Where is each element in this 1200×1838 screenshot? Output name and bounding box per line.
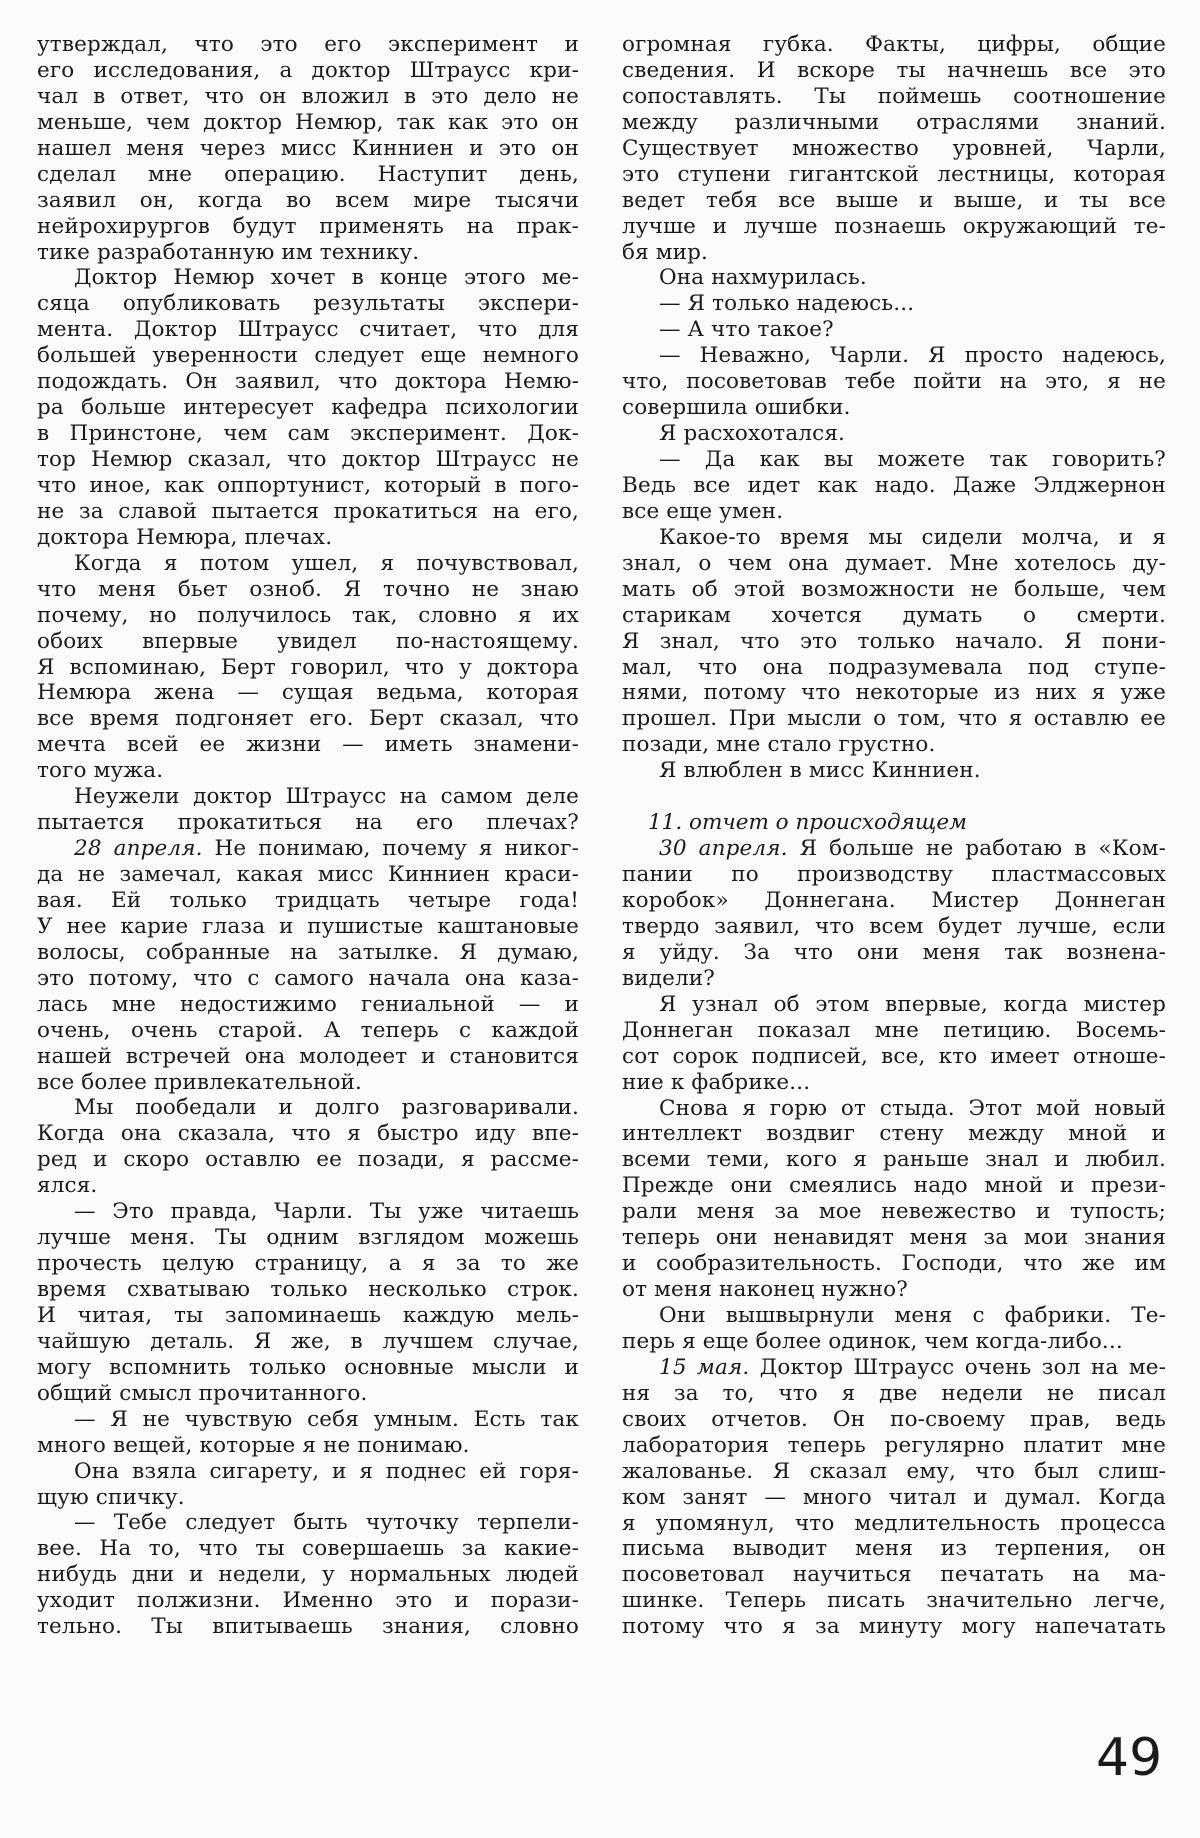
text-line: теперь они ненавидят меня за мои знания — [622, 1225, 1166, 1251]
text-line: ком занят — много читал и думал. Когда — [622, 1485, 1166, 1511]
right-text-column: огромная губка. Факты, цифры, общиесведе… — [622, 32, 1166, 1640]
text-line: вая. Ей только тридцать четыре года! — [37, 888, 579, 914]
text-line: Доктор Немюр хочет в конце этого ме- — [37, 265, 579, 291]
text-line: Доннеган показал мне петицию. Восемь- — [622, 1018, 1166, 1044]
diary-date: 28 апреля. — [74, 836, 203, 861]
text-line: пытается прокатиться на его плечах? — [37, 810, 579, 836]
text-line: от меня наконец нужно? — [622, 1277, 1166, 1303]
text-line: сведения. И вскоре ты начнешь все это — [622, 58, 1166, 84]
text-line: сделал мне операцию. Наступит день, — [37, 162, 579, 188]
text-line: щую спичку. — [37, 1485, 579, 1511]
text-line: Она нахмурилась. — [622, 265, 1166, 291]
text-line: ра больше интересует кафедра психологии — [37, 395, 579, 421]
text-line: все еще умен. — [622, 499, 1166, 525]
text-line: что, посоветовав тебе пойти на это, я не — [622, 369, 1166, 395]
text-line: время схватываю только несколько строк. — [37, 1277, 579, 1303]
text-line: перь я еще более одинок, чем когда-либо.… — [622, 1329, 1166, 1355]
text-line: рали меня за мое невежество и тупость; — [622, 1199, 1166, 1225]
text-line: Они вышвырнули меня с фабрики. Те- — [622, 1303, 1166, 1329]
line-text: Я больше не работаю в «Ком- — [788, 836, 1166, 861]
text-line: старикам хочется думать о смерти. — [622, 603, 1166, 629]
text-line: большей уверенности следует еще немного — [37, 343, 579, 369]
text-line: нейрохирургов будут применять на прак- — [37, 214, 579, 240]
text-line: Когда я потом ушел, я почувствовал, — [37, 551, 579, 577]
text-line: Неужели доктор Штраусс на самом деле — [37, 784, 579, 810]
text-line: Существует множество уровней, Чарли, — [622, 136, 1166, 162]
text-line: — А что такое? — [622, 317, 1166, 343]
text-line: того мужа. — [37, 758, 579, 784]
text-line: доктора Немюра, плечах. — [37, 525, 579, 551]
text-line: все более привлекательной. — [37, 1070, 579, 1096]
diary-entry-line: 15 мая. Доктор Штраусс очень зол на ме- — [622, 1355, 1166, 1381]
text-line: утверждал, что это его эксперимент и — [37, 32, 579, 58]
text-line: интеллект воздвиг стену между мной и — [622, 1121, 1166, 1147]
section-spacer — [622, 784, 1166, 810]
text-line: совершила ошибки. — [622, 395, 1166, 421]
text-line: Немюра жена — сущая ведьма, которая — [37, 680, 579, 706]
text-line: прошел. При мысли о том, что я оставлю е… — [622, 706, 1166, 732]
text-line: Ведь все идет как надо. Даже Элджернон — [622, 473, 1166, 499]
text-line: Она взяла сигарету, и я поднес ей горя- — [37, 1459, 579, 1485]
text-line: обоих впервые увидел по-настоящему. — [37, 629, 579, 655]
text-line: нашел меня через мисс Кинниен и это он — [37, 136, 579, 162]
text-line: лучше меня. Ты одним взглядом можешь — [37, 1225, 579, 1251]
text-line: лась мне недостижимо гениальной — и — [37, 992, 579, 1018]
text-line: — Я не чувствую себя умным. Есть так — [37, 1407, 579, 1433]
text-line: ред и скоро оставлю ее позади, я рассме- — [37, 1147, 579, 1173]
text-line: И читая, ты запоминаешь каждую мель- — [37, 1303, 579, 1329]
text-line: много вещей, которые я не понимаю. — [37, 1433, 579, 1459]
diary-entry-line: 28 апреля. Не понимаю, почему я никог- — [37, 836, 579, 862]
text-line: мента. Доктор Штраусс считает, что для — [37, 317, 579, 343]
text-line: — Тебе следует быть чуточку терпели- — [37, 1510, 579, 1536]
text-line: это ступени гигантской лестницы, которая — [622, 162, 1166, 188]
text-line: сопоставлять. Ты поймешь соотношение — [622, 84, 1166, 110]
text-line: нашей встречей она молодеет и становится — [37, 1044, 579, 1070]
text-line: вее. На то, что ты совершаешь за какие- — [37, 1536, 579, 1562]
text-line: потому что я за минуту могу напечатать — [622, 1614, 1166, 1640]
text-line: очень, очень старой. А теперь с каждой — [37, 1018, 579, 1044]
section-heading: 11. отчет о происходящем — [622, 810, 1166, 836]
book-page: утверждал, что это его эксперимент иего … — [0, 0, 1200, 1838]
text-line: видели? — [622, 966, 1166, 992]
text-line: чал в ответ, что он вложил в это дело не — [37, 84, 579, 110]
text-line: и сообразительность. Господи, что же им — [622, 1251, 1166, 1277]
text-line: могу вспомнить только основные мысли и — [37, 1355, 579, 1381]
text-line: чайшую деталь. Я же, в лучшем случае, — [37, 1329, 579, 1355]
diary-entry-line: 30 апреля. Я больше не работаю в «Ком- — [622, 836, 1166, 862]
text-line: У нее карие глаза и пушистые каштановые — [37, 914, 579, 940]
text-line: твердо заявил, что всем будет лучше, есл… — [622, 914, 1166, 940]
text-line: Мы пообедали и долго разговаривали. — [37, 1095, 579, 1121]
text-line: Прежде они смеялись надо мной и прези- — [622, 1173, 1166, 1199]
text-line: знал, о чем она думает. Мне хотелось ду- — [622, 551, 1166, 577]
text-line: мать об этой возможности не больше, чем — [622, 577, 1166, 603]
text-line: бя мир. — [622, 240, 1166, 266]
text-line: что иное, как оппортунист, который в пог… — [37, 473, 579, 499]
text-line: — Неважно, Чарли. Я просто надеюсь, — [622, 343, 1166, 369]
text-line: Я вспоминаю, Берт говорил, что у доктора — [37, 655, 579, 681]
text-line: нями, потому что некоторые из них я уже — [622, 680, 1166, 706]
text-line: Какое-то время мы сидели молча, и я — [622, 525, 1166, 551]
text-line: что меня бьет озноб. Я точно не знаю — [37, 577, 579, 603]
text-line: посоветовал научиться печатать на ма- — [622, 1562, 1166, 1588]
text-line: пании по производству пластмассовых — [622, 862, 1166, 888]
text-line: меньше, чем доктор Немюр, так как это он — [37, 110, 579, 136]
text-line: Я влюблен в мисс Кинниен. — [622, 758, 1166, 784]
text-line: тельно. Ты впитываешь знания, словно — [37, 1614, 579, 1640]
text-line: его исследования, а доктор Штраусс кри- — [37, 58, 579, 84]
text-line: я упомянул, что медлительность процесса — [622, 1511, 1166, 1537]
text-line: ялся. — [37, 1173, 579, 1199]
text-line: позади, мне стало грустно. — [622, 732, 1166, 758]
text-line: мечта всей ее жизни — иметь знамени- — [37, 732, 579, 758]
text-line: огромная губка. Факты, цифры, общие — [622, 32, 1166, 58]
text-line: жалованье. Я сказал ему, что был слиш- — [622, 1459, 1166, 1485]
text-line: между различными отраслями знаний. — [622, 110, 1166, 136]
text-line: прочесть целую страницу, а я за то же — [37, 1251, 579, 1277]
text-line: да не замечал, какая мисс Кинниен краси- — [37, 862, 579, 888]
text-line: подождать. Он заявил, что доктора Немю- — [37, 369, 579, 395]
text-line: не за славой пытается прокатиться на его… — [37, 499, 579, 525]
text-line: — Это правда, Чарли. Ты уже читаешь — [37, 1199, 579, 1225]
text-line: почему, но получилось так, словно я их — [37, 603, 579, 629]
text-line: Я знал, что это только начало. Я пони- — [622, 629, 1166, 655]
text-line: лучше и лучше познаешь окружающий те- — [622, 214, 1166, 240]
text-line: — Я только надеюсь... — [622, 291, 1166, 317]
text-line: нибудь дни и недели, у нормальных людей — [37, 1562, 579, 1588]
text-line: сяца опубликовать результаты экспери- — [37, 291, 579, 317]
text-line: шинке. Теперь писать значительно легче, — [622, 1588, 1166, 1614]
text-line: это потому, что с самого начала она каза… — [37, 966, 579, 992]
text-line: ня за то, что я две недели не писал — [622, 1381, 1166, 1407]
text-line: Я расхохотался. — [622, 421, 1166, 447]
text-line: волосы, собранные на затылке. Я думаю, — [37, 940, 579, 966]
text-line: лаборатория теперь регулярно платит мне — [622, 1433, 1166, 1459]
text-line: мал, что она подразумевала под ступе- — [622, 655, 1166, 681]
diary-date: 30 апреля. — [659, 836, 788, 861]
line-text: Доктор Штраусс очень зол на ме- — [749, 1355, 1166, 1380]
text-line: все время подгоняет его. Берт сказал, чт… — [37, 706, 579, 732]
text-line: своих отчетов. Он по-своему прав, ведь — [622, 1407, 1166, 1433]
line-text: Не понимаю, почему я никог- — [203, 836, 579, 861]
text-line: я уйду. За что они меня так вознена- — [622, 940, 1166, 966]
text-line: общий смысл прочитанного. — [37, 1381, 579, 1407]
text-line: всеми теми, кого я раньше знал и любил. — [622, 1147, 1166, 1173]
text-line: — Да как вы можете так говорить? — [622, 447, 1166, 473]
left-text-column: утверждал, что это его эксперимент иего … — [37, 32, 579, 1640]
text-line: тике разработанную им технику. — [37, 240, 579, 266]
diary-date: 15 мая. — [659, 1355, 749, 1380]
text-line: сот сорок подписей, все, кто имеет отнош… — [622, 1044, 1166, 1070]
text-line: письма выводит меня из терпения, он — [622, 1536, 1166, 1562]
text-line: заявил он, когда во всем мире тысячи — [37, 188, 579, 214]
text-line: в Принстоне, чем сам эксперимент. Док- — [37, 421, 579, 447]
text-line: тор Немюр сказал, что доктор Штраусс не — [37, 447, 579, 473]
page-number: 49 — [1096, 1732, 1162, 1784]
text-line: ведет тебя все выше и выше, и ты все — [622, 188, 1166, 214]
text-line: Я узнал об этом впервые, когда мистер — [622, 992, 1166, 1018]
text-line: уходит полжизни. Именно это и порази- — [37, 1588, 579, 1614]
text-line: коробок» Доннегана. Мистер Доннеган — [622, 888, 1166, 914]
text-line: ние к фабрике... — [622, 1070, 1166, 1096]
text-line: Когда она сказала, что я быстро иду впе- — [37, 1121, 579, 1147]
text-line: Снова я горю от стыда. Этот мой новый — [622, 1096, 1166, 1122]
